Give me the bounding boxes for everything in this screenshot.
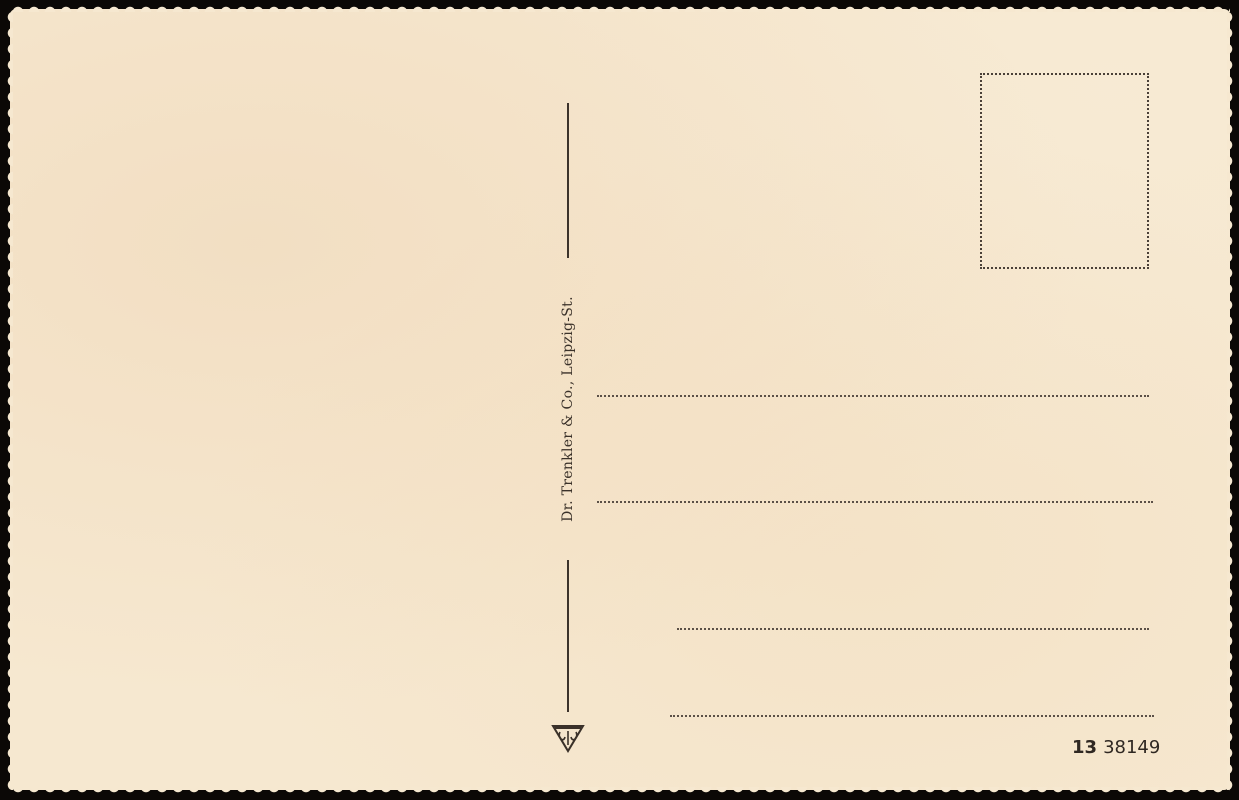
- address-line-3: [677, 628, 1149, 630]
- center-divider-top: [567, 103, 569, 258]
- card-number: 1338149: [1072, 737, 1160, 758]
- deckled-edge-top: [10, 6, 1230, 12]
- stamp-placement-box: [980, 73, 1149, 269]
- address-line-1: [597, 395, 1149, 397]
- address-line-2: [597, 501, 1153, 503]
- card-serial: 38149: [1103, 737, 1160, 758]
- deckled-edge-bottom: [10, 787, 1230, 793]
- deckled-edge-left: [7, 9, 13, 790]
- deckled-edge-right: [1227, 9, 1233, 790]
- dtc-triangle-logo-icon: [551, 723, 585, 753]
- center-divider-bottom: [567, 560, 569, 712]
- address-line-4: [670, 715, 1154, 717]
- publisher-imprint: Dr. Trenkler & Co., Leipzig-St.: [560, 296, 576, 522]
- card-series: 13: [1072, 737, 1097, 758]
